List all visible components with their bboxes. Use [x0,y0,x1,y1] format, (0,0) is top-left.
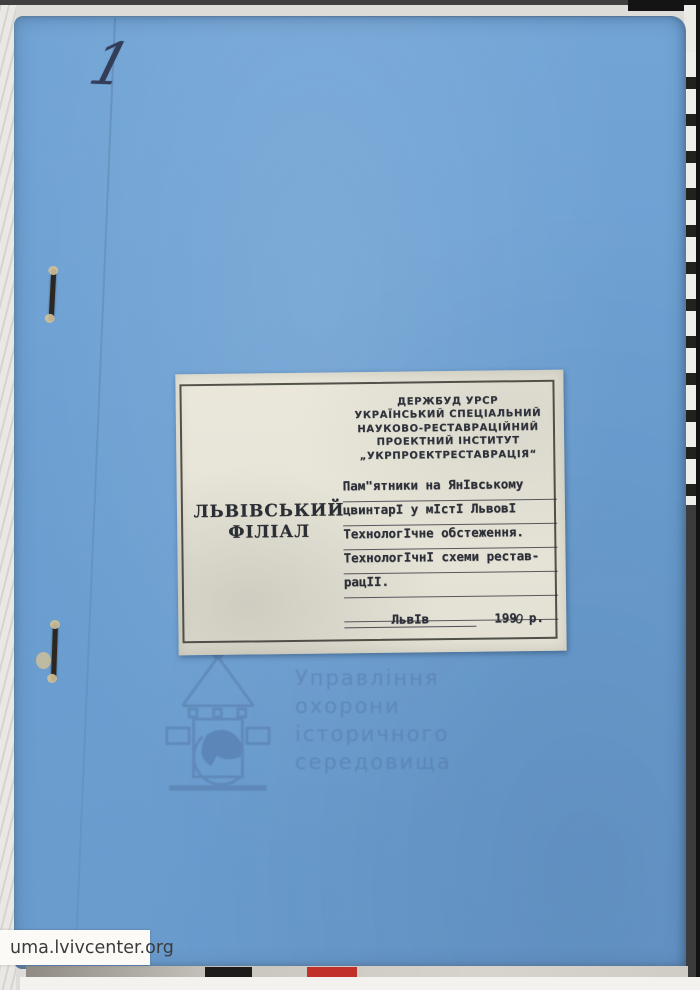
stamp-line: охорони [295,692,452,720]
document-title: Пам"ятники на ЯнІвському цвинтарІ у мІст… [343,476,559,623]
branch-name: ЛЬВІВСЬКИЙ ФІЛІАЛ [189,500,350,544]
thread-remnant [36,652,51,669]
calibration-bar-red [307,967,357,977]
calibration-bar-black [205,967,252,977]
scanner-right-edge [696,0,700,977]
stamp-line: історичного [295,720,452,748]
org-header-line: НАУКОВО-РЕСТАВРАЦІЙНИЙ [342,421,554,437]
heritage-office-stamp: Управління охорони історичного середовищ… [158,648,488,798]
organization-header: ДЕРЖБУД УРСР УКРАЇНСЬКИЙ СПЕЦІАЛЬНИЙ НАУ… [342,394,555,464]
archive-title-label: ЛЬВІВСЬКИЙ ФІЛІАЛ ДЕРЖБУД УРСР УКРАЇНСЬК… [175,370,566,656]
title-line: цвинтарІ у мІстІ ЛьвовІ [343,500,557,527]
branch-line: ЛЬВІВСЬКИЙ [189,500,349,523]
org-header-line: „УКРПРОЕКТРЕСТАВРАЦІЯ“ [342,447,554,463]
stamp-line: середовища [295,748,452,776]
title-line: ТехнологІчнІ схеми рестав- [343,548,557,575]
watermark-url: uma.lvivcenter.org [0,930,150,965]
title-line: Пам"ятники на ЯнІвському [343,476,557,503]
scanner-bottom-strip [26,966,688,977]
branch-line: ФІЛІАЛ [189,521,349,544]
title-line: рацІІ. [344,572,558,599]
city-name: ЛьвІв [344,611,476,629]
title-line: ТехнологІчне обстеження. [343,524,557,551]
scanner-top-edge [0,0,700,5]
stamp-line: Управління [295,664,452,692]
year-suffix: р. [529,610,544,625]
scanner-bottom-edge [20,977,700,990]
city-year-line: ЛьвІв1990р. [344,610,558,629]
scanned-document-page: 1 Управління [0,0,700,990]
lion-icon [201,730,242,766]
church-tower-lion-icon [158,648,278,798]
